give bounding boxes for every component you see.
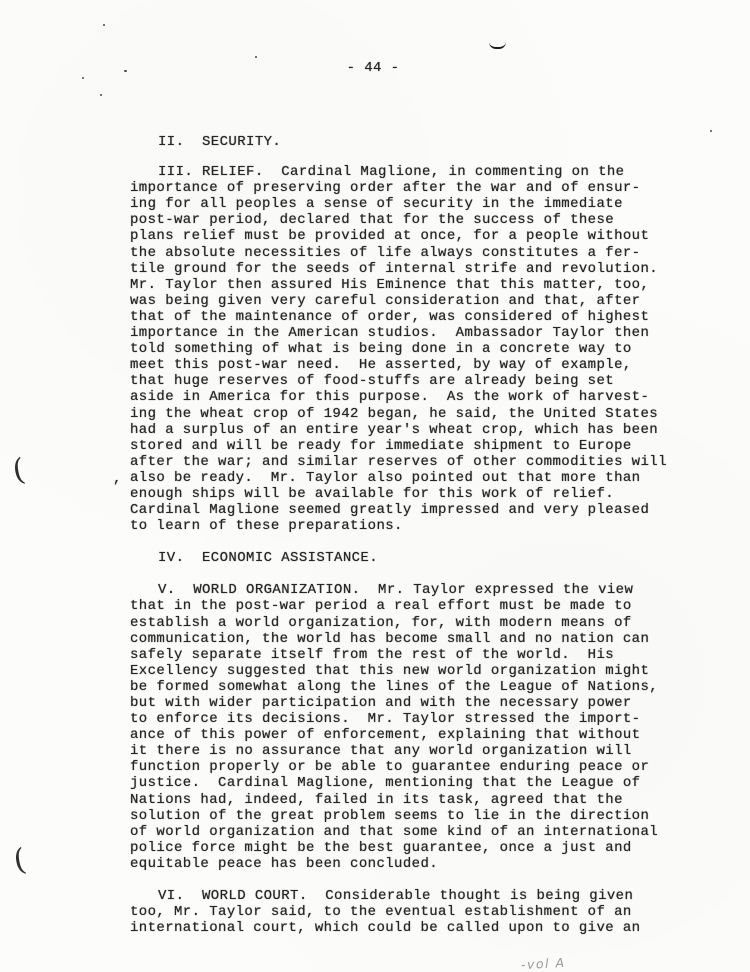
scan-speck bbox=[124, 70, 127, 72]
handwritten-paren-mark-upper: ( bbox=[10, 455, 27, 487]
paragraph-world-organization: V. WORLD ORGANIZATION. Mr. Taylor expres… bbox=[130, 582, 736, 872]
handwritten-paren-mark-lower: ( bbox=[11, 845, 28, 877]
section-heading-economic-assistance: IV. ECONOMIC ASSISTANCE. bbox=[130, 550, 736, 566]
handwritten-note: -vol A bbox=[521, 955, 566, 972]
page-number: - 44 - bbox=[0, 60, 746, 76]
scan-speck bbox=[103, 24, 105, 26]
squiggle-mark bbox=[489, 41, 506, 49]
scan-speck bbox=[710, 130, 712, 132]
scanned-document-page: - 44 - II. SECURITY. III. RELIEF. Cardin… bbox=[0, 0, 750, 972]
section-heading-security: II. SECURITY. bbox=[130, 134, 736, 150]
scan-speck bbox=[255, 56, 257, 58]
paragraph-relief: III. RELIEF. Cardinal Maglione, in comme… bbox=[130, 164, 736, 534]
paragraph-world-court: VI. WORLD COURT. Considerable thought is… bbox=[130, 888, 736, 936]
document-body: II. SECURITY. III. RELIEF. Cardinal Magl… bbox=[130, 134, 736, 936]
scan-speck bbox=[82, 77, 84, 79]
stray-comma-mark: , bbox=[113, 471, 122, 487]
scan-speck bbox=[100, 94, 102, 96]
